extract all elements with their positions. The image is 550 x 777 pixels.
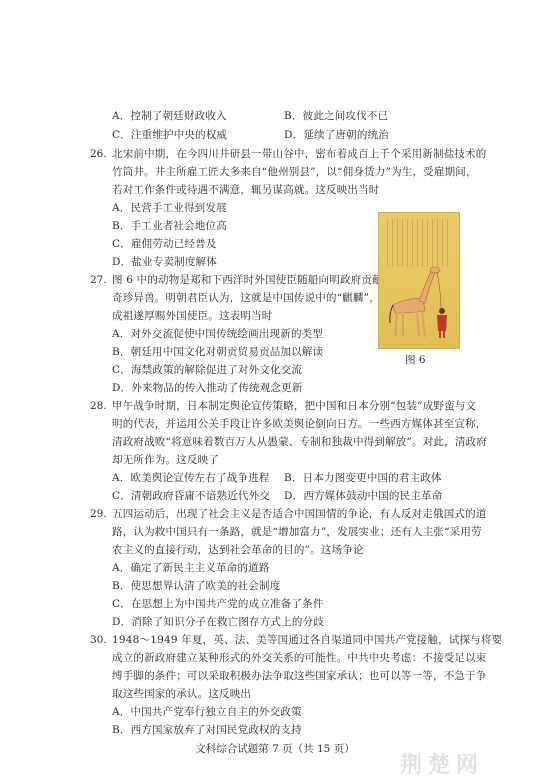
q29-stem-line: 路，认为救中国只有一条路，就是“增加富力”，发展实业；还有人主张“采用劳	[112, 525, 482, 539]
q29-option-a: A．确定了新民主主义革命的道路	[112, 561, 270, 575]
q29-option-b: B．使思想界认清了欧美的社会制度	[112, 579, 280, 593]
q28-stem-line: 却无所作为。这反映了	[112, 453, 219, 467]
q27-number: 27.	[90, 273, 107, 287]
q26-option-d: D．盐业专卖制度解体	[112, 255, 217, 269]
q26-option-c: C．雇佣劳动已经普及	[112, 237, 217, 251]
q29-stem-line: 农主义的直接行动，达到社会革命的目的”。这场争论	[112, 543, 364, 557]
q30-option-b: B．西方国家放弃了对国民党政权的支持	[112, 723, 302, 737]
exam-page: A．控制了朝廷财政收入 B．彼此之间攻伐不已 C．注重维护中央的权威 D．延续了…	[0, 0, 550, 777]
q26-number: 26.	[90, 147, 107, 161]
q30-stem-line: 成立的新政府建立某种形式的外交关系的可能性。中共中央考虑：不接受足以束	[112, 651, 487, 665]
q27-stem-line: 成祖遂厚赐外国使臣。这表明当时	[112, 309, 273, 323]
q29-number: 29.	[90, 507, 107, 521]
q26-stem-line: 若对工作条件或待遇不满意，辄另谋高就。这反映出当时	[112, 183, 380, 197]
q30-stem-line: 1948～1949 年夏，英、法、美等国通过各自渠道同中国共产党接触，试探与将要	[112, 633, 502, 647]
q28-option-b: B．日本力图变更中国的君主政体	[284, 471, 442, 485]
q29-stem-line: 五四运动后，出现了社会主义是否适合中国国情的争论，有人反对走俄国式的道	[112, 507, 487, 521]
q28-stem-line: 明的代表，并运用公关手段让许多欧美舆论倒向日方。一些西方媒体甚至宣称，	[112, 417, 487, 431]
figure-6-caption: 图 6	[405, 352, 426, 367]
q28-stem-line: 清政府战败“将意味着数百万人从愚蒙、专制和独裁中得到解放”。对此，清政府	[112, 435, 487, 449]
q28-option-c: C．清朝政府昏庸不谙熟近代外交	[112, 489, 270, 503]
q25-option-d: D．延续了唐朝的统治	[284, 128, 389, 142]
q27-option-b: B．朝廷用中国文化对朝贡贸易贡品加以解读	[112, 345, 323, 359]
q27-option-a: A．对外交流促使中国传统绘画出现新的类型	[112, 327, 323, 341]
q26-stem-line: 竹筒井。井主所雇工匠大多来自“他州别县”，以“佣身赁力”为生，受雇期间，	[112, 165, 477, 179]
q29-option-c: C．在思想上为中国共产党的成立准备了条件	[112, 597, 324, 611]
q27-stem-line: 奇珍异兽。明朝君臣认为，这就是中国传说中的“麒麟”，明	[112, 291, 391, 305]
q27-option-d: D．外来物品的传入推动了传统观念更新	[112, 381, 303, 395]
q25-option-b: B．彼此之间攻伐不已	[284, 109, 388, 123]
q26-option-b: B．手工业者社会地位高	[112, 219, 227, 233]
q30-stem-line: 缚手脚的条件；可以采取积极办法争取这些国家承认；也可以等一等，不急于争	[112, 669, 487, 683]
q25-option-a: A．控制了朝廷财政收入	[112, 109, 227, 123]
q28-option-d: D．西方媒体鼓动中国的民主革命	[284, 489, 442, 503]
figure-6-giraffe-painting	[378, 212, 460, 349]
q28-number: 28.	[90, 399, 107, 413]
giraffe-icon	[379, 213, 459, 348]
q26-stem-line: 北宋前中期，在今四川井研县一带山谷中，密布着成百上千个采用新制盐技术的	[112, 147, 487, 161]
q28-stem-line: 甲午战争时期，日本制定舆论宣传策略，把中国和日本分别“包装”成野蛮与文	[112, 399, 476, 413]
q30-number: 30.	[90, 633, 107, 647]
watermark-logo: 荆楚网	[400, 748, 484, 777]
q30-stem-line: 取这些国家的承认。这反映出	[112, 687, 251, 701]
q25-option-c: C．注重维护中央的权威	[112, 128, 227, 142]
q27-option-c: C．海禁政策的解除促进了对外文化交流	[112, 363, 302, 377]
q29-option-d: D．消除了知识分子在救亡图存方式上的分歧	[112, 615, 324, 629]
q27-stem-line: 图 6 中的动物是郑和下西洋时外国使臣随船向明政府贡献的	[112, 273, 393, 287]
q26-option-a: A．民营手工业得到发展	[112, 201, 227, 215]
q30-option-a: A．中国共产党奉行独立自主的外交政策	[112, 705, 302, 719]
q28-option-a: A．欧美舆论宣传左右了战争进程	[112, 471, 270, 485]
